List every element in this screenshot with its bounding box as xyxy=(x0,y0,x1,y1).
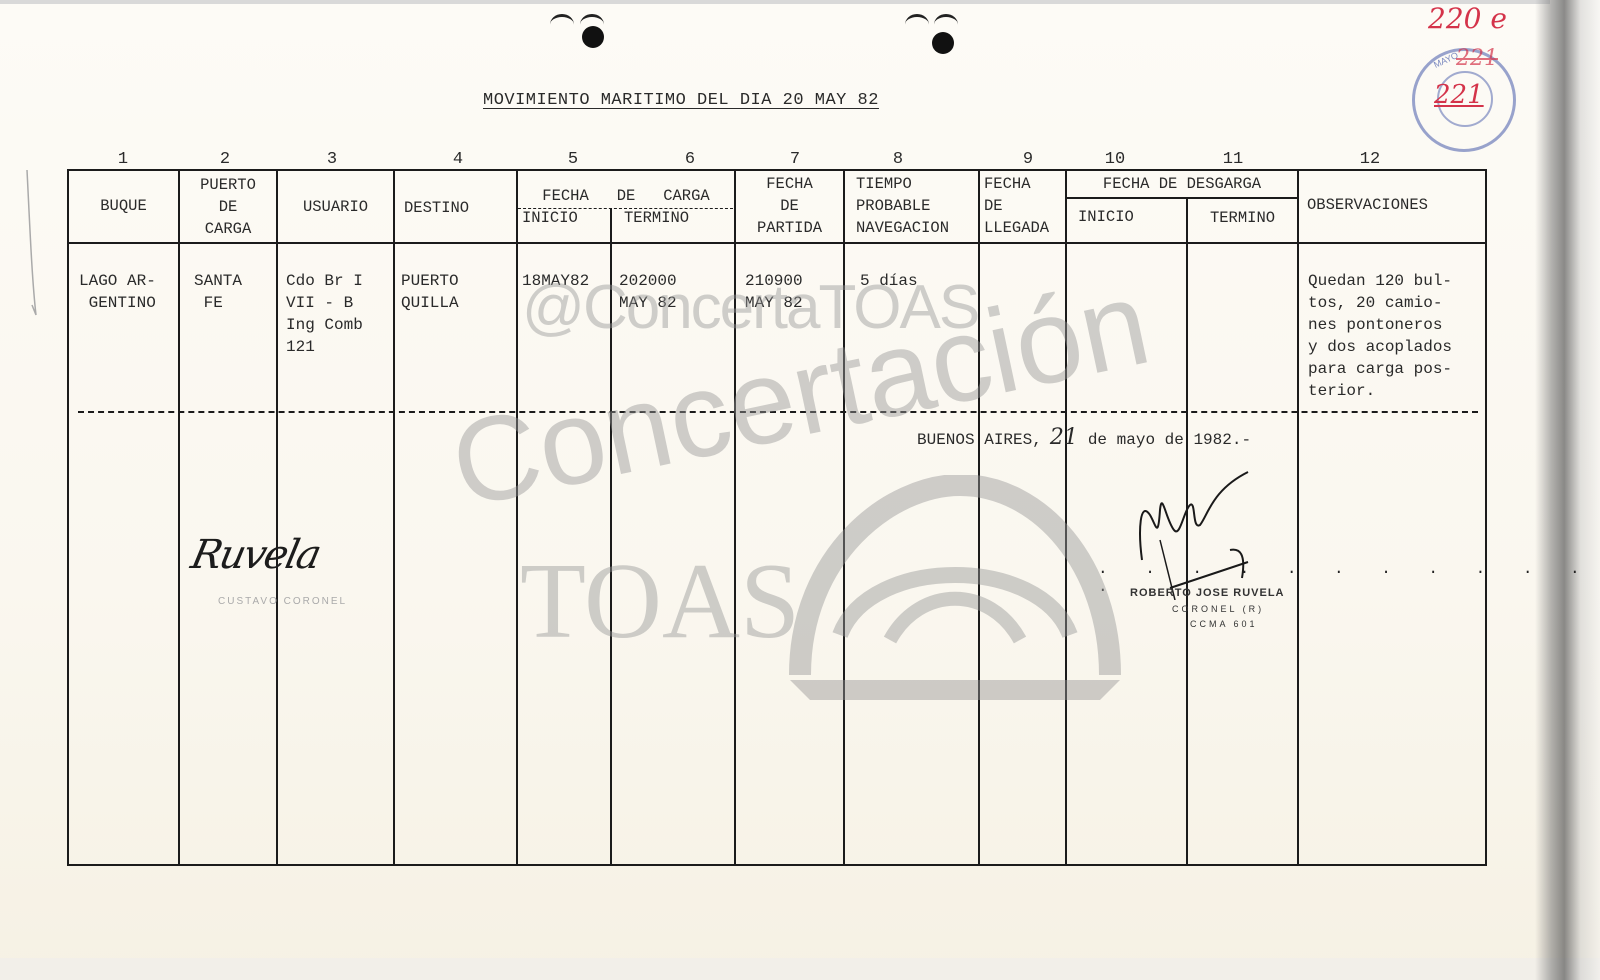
header-descarga-inicio: INICIO xyxy=(1078,206,1134,228)
punch-hole-arc-icon xyxy=(550,14,574,35)
column-number: 7 xyxy=(780,150,810,169)
column-number: 12 xyxy=(1355,150,1385,169)
stamp-number-struck: 221 xyxy=(1456,46,1498,71)
column-number: 9 xyxy=(1013,150,1043,169)
header-bottom-border xyxy=(67,242,1487,244)
cell-tiempo-probable: 5 días xyxy=(860,270,918,292)
column-divider xyxy=(516,169,518,864)
cell-carga-inicio: 18MAY82 xyxy=(522,270,589,292)
header-observaciones: OBSERVACIONES xyxy=(1307,194,1428,216)
column-number: 2 xyxy=(210,150,240,169)
column-divider xyxy=(393,169,395,864)
column-divider xyxy=(734,169,736,864)
table-left-border xyxy=(67,169,69,866)
table-right-border xyxy=(1485,169,1487,864)
column-number: 5 xyxy=(558,150,588,169)
column-number: 10 xyxy=(1100,150,1130,169)
cell-fecha-de-partida: 210900 MAY 82 xyxy=(745,270,803,314)
scan-binding-shadow xyxy=(1535,0,1600,980)
column-number: 6 xyxy=(675,150,705,169)
handwritten-day: 21 xyxy=(1050,425,1078,450)
header-puerto-de-carga: PUERTO DE CARGA xyxy=(180,174,276,240)
left-signature: Ruvela xyxy=(187,532,324,578)
column-number: 1 xyxy=(108,150,138,169)
cell-observaciones: Quedan 120 bul- tos, 20 camio- nes ponto… xyxy=(1308,270,1452,402)
document-title: MOVIMIENTO MARITIMO DEL DIA 20 MAY 82 xyxy=(483,91,879,110)
cell-buque: LAGO AR- GENTINO xyxy=(79,270,156,314)
date-rest-text: de mayo de 1982.- xyxy=(1088,431,1251,449)
cell-usuario: Cdo Br I VII - B Ing Comb 121 xyxy=(286,270,363,358)
signer-rank: CORONEL (R) xyxy=(1172,604,1264,614)
punch-hole-icon xyxy=(582,26,604,48)
column-divider xyxy=(1297,169,1299,864)
header-fecha-de-carga: FECHA DE CARGA xyxy=(518,185,734,207)
header-carga-termino: TERMINO xyxy=(624,207,689,229)
row-separator-dashed xyxy=(78,411,1478,413)
column-divider xyxy=(276,169,278,864)
column-number: 8 xyxy=(883,150,913,169)
cell-puerto-de-carga: SANTA FE xyxy=(194,270,242,314)
header-fecha-de-partida: FECHA DE PARTIDA xyxy=(736,173,843,239)
cell-carga-termino: 202000 MAY 82 xyxy=(619,270,677,314)
column-number: 11 xyxy=(1218,150,1248,169)
header-fecha-de-llegada: FECHA DE LLEGADA xyxy=(984,173,1049,239)
stamp-number: 221 xyxy=(1434,80,1484,110)
header-tiempo-probable-navegacion: TIEMPO PROBABLE NAVEGACION xyxy=(856,173,949,239)
header-destino: DESTINO xyxy=(404,197,469,219)
column-divider xyxy=(178,169,180,864)
header-fecha-de-descarga: FECHA DE DESGARGA xyxy=(1067,173,1297,195)
column-number: 3 xyxy=(317,150,347,169)
handwritten-page-number: 220 e xyxy=(1428,2,1507,35)
signer-unit: CCMA 601 xyxy=(1190,619,1258,629)
column-divider xyxy=(610,208,612,864)
punch-hole-arc-icon xyxy=(905,14,929,35)
signer-name: ROBERTO JOSE RUVELA xyxy=(1130,587,1285,599)
descarga-subheader-line xyxy=(1067,197,1297,199)
header-usuario: USUARIO xyxy=(278,196,393,218)
cell-destino: PUERTO QUILLA xyxy=(401,270,459,314)
scan-bottom-edge xyxy=(0,958,1600,980)
table-top-border xyxy=(67,169,1487,171)
place-date-line: BUENOS AIRES,21de mayo de 1982.- xyxy=(917,427,1251,451)
header-carga-inicio: INICIO xyxy=(522,207,578,229)
column-number: 4 xyxy=(443,150,473,169)
left-stamp-faint: CUSTAVO CORONEL xyxy=(218,596,347,607)
document-page: 220 e MAYO 221 221 MOVIMIENTO MARITIMO D… xyxy=(0,0,1600,980)
watermark-helmet-icon xyxy=(780,475,1130,715)
place-text: BUENOS AIRES, xyxy=(917,431,1042,449)
punch-hole-icon xyxy=(932,32,954,54)
watermark-brand: TOAS xyxy=(520,540,800,664)
header-buque: BUQUE xyxy=(69,195,178,217)
scan-top-edge xyxy=(0,0,1550,4)
margin-pencil-mark xyxy=(22,170,42,320)
table-bottom-border xyxy=(67,864,1487,866)
header-descarga-termino: TERMINO xyxy=(1188,207,1297,229)
